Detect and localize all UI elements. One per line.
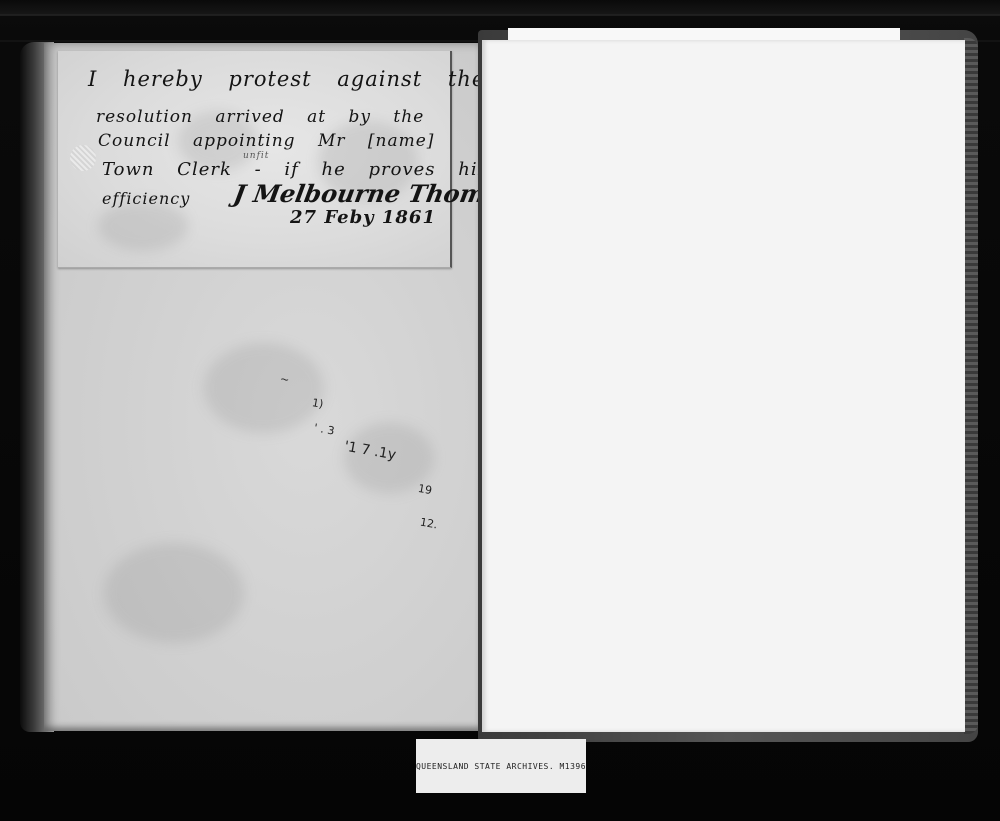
scanner-line [0, 14, 1000, 16]
pencil-mark: 19 [417, 482, 433, 497]
embossed-seal [70, 145, 96, 171]
note-line-4: Town Clerk - if he proves his [102, 159, 488, 180]
note-line-2: resolution arrived at by the [96, 107, 424, 127]
pasted-protest-note: I hereby protest against the resolution … [58, 51, 452, 268]
note-line-1: I hereby protest against the [88, 67, 485, 91]
paper-stain [98, 201, 188, 251]
note-date: 27 Feby 1861 [290, 207, 436, 228]
book-board-edge [964, 38, 978, 734]
pencil-mark: ' . 3 [313, 421, 335, 437]
archive-label: QUEENSLAND STATE ARCHIVES. M1396 [416, 739, 586, 793]
paper-stain [104, 543, 244, 643]
note-line-3: Council appointing Mr [name] [98, 131, 434, 151]
paper-stain [204, 343, 324, 433]
right-page-blank [482, 40, 965, 732]
pencil-mark: 12. [419, 516, 438, 532]
note-line-5: efficiency [102, 189, 190, 208]
archive-label-text: QUEENSLAND STATE ARCHIVES. M1396 [416, 762, 586, 771]
pencil-mark: 1) [311, 396, 324, 411]
